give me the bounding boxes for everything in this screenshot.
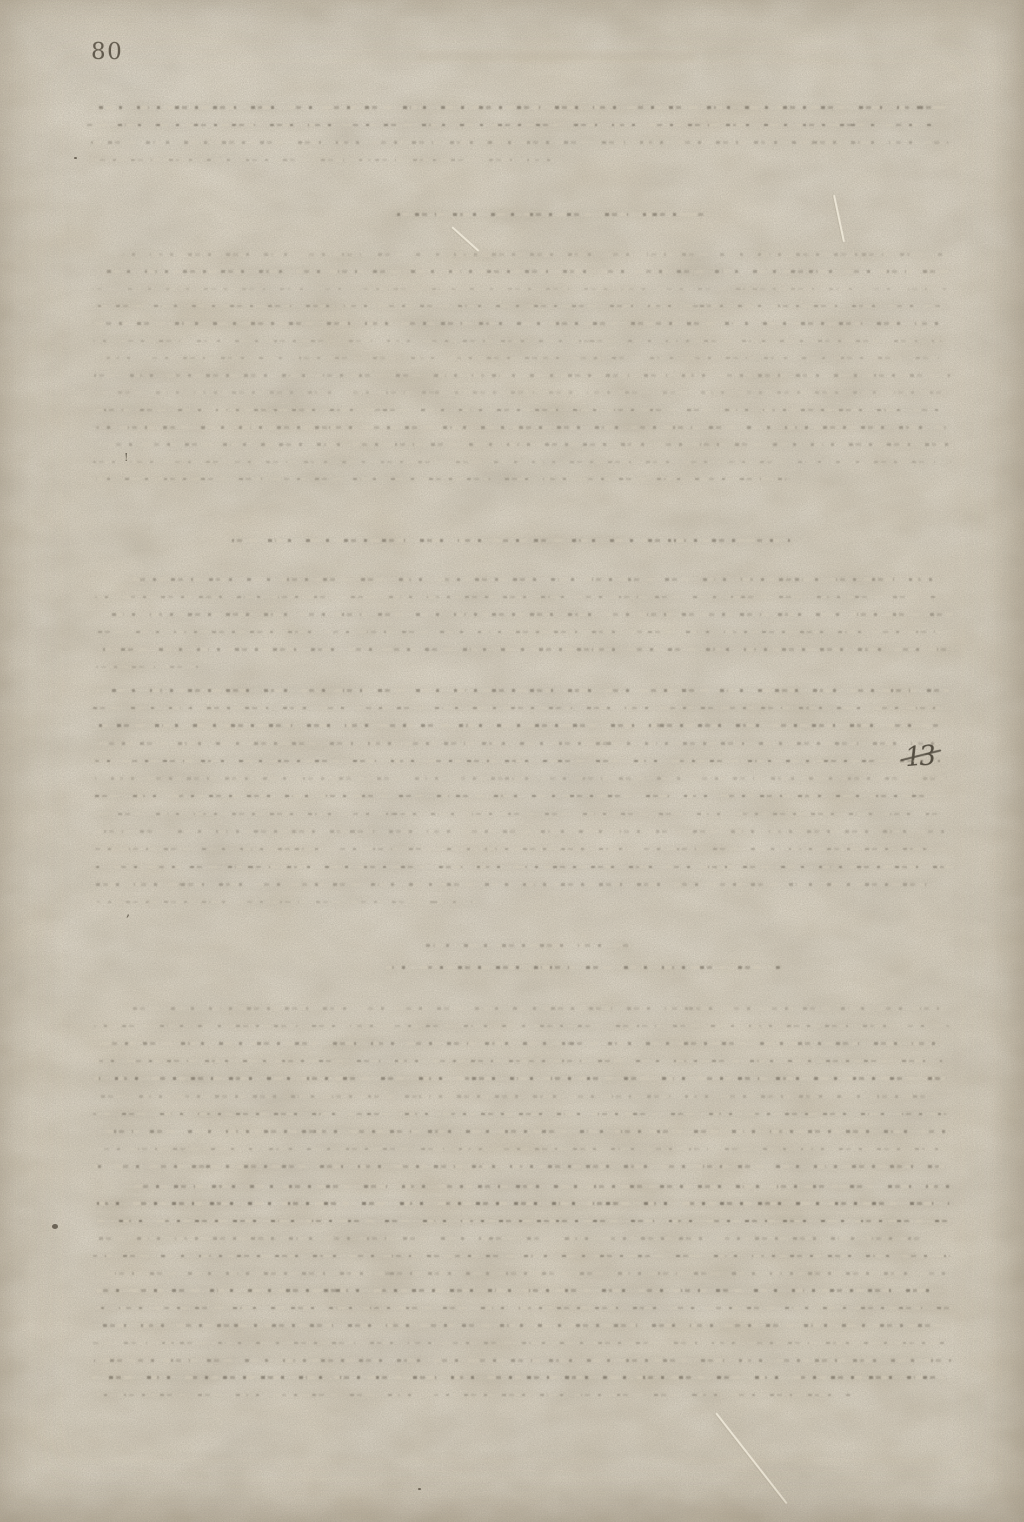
paragraph-4-line	[92, 1042, 937, 1045]
paragraph-4-line	[93, 1060, 942, 1063]
paragraph-4-line	[93, 1113, 946, 1116]
paragraph-2-line	[98, 648, 949, 651]
paper-artifact-layer	[0, 0, 1024, 1522]
margin-annotation: 13	[904, 739, 947, 776]
paragraph-5-line	[97, 1202, 949, 1205]
paragraph-1-line	[96, 305, 946, 308]
page-number: 80	[91, 39, 124, 65]
paragraph-4-line	[94, 1025, 949, 1028]
paragraph-1-line	[94, 357, 941, 360]
paragraph-3-line	[93, 795, 948, 798]
paragraph-3-line	[92, 830, 949, 833]
ink-speck	[52, 1224, 58, 1229]
paragraph-1-line	[95, 270, 949, 273]
paragraph-3-line	[93, 883, 938, 886]
paragraph-1-line	[94, 322, 948, 325]
section-heading-2-line	[232, 539, 790, 542]
paragraph-3-line	[96, 866, 953, 869]
paragraph-1-line	[97, 391, 945, 394]
paragraph-1-line	[96, 426, 945, 429]
centered-title-line-1-line	[424, 944, 629, 947]
paragraph-3-line	[92, 707, 950, 710]
paragraph-5-line	[94, 1359, 951, 1362]
paragraph-3-line	[96, 689, 949, 692]
paragraph-5-line	[92, 1376, 943, 1379]
section-heading-1-line	[397, 213, 711, 216]
paragraph-3-line	[93, 813, 939, 816]
paper-crease	[451, 226, 479, 252]
paragraph-5-line	[96, 1289, 943, 1292]
ink-marks-layer: !,	[0, 0, 1024, 1522]
header-paragraph-line	[86, 124, 932, 127]
paragraph-2-line	[97, 613, 953, 616]
paragraph-3-line	[94, 777, 944, 780]
paragraph-5-line	[96, 1307, 951, 1310]
paragraph-1-line	[123, 253, 949, 256]
paragraph-1-line	[95, 443, 949, 446]
paragraph-1-line	[96, 478, 787, 481]
scanned-page: 80 13 !,	[0, 0, 1024, 1522]
paragraph-5-line	[93, 1342, 947, 1345]
paragraph-1-line	[93, 461, 951, 464]
paragraph-4-line	[94, 1077, 945, 1080]
centered-title-line-2-line	[386, 966, 781, 969]
paragraph-5-line	[95, 1324, 948, 1327]
exclamation-mark: !	[124, 452, 128, 463]
paper-texture	[0, 0, 1024, 1522]
paragraph-5-line	[97, 1220, 950, 1223]
paragraph-4-line	[128, 1007, 950, 1010]
paragraph-4-line	[94, 1165, 945, 1168]
paragraph-3-line	[94, 901, 477, 904]
ink-speck	[418, 1488, 421, 1490]
paragraph-1-line	[94, 374, 950, 377]
paragraph-3-line	[93, 724, 940, 727]
paragraph-3-line	[93, 742, 940, 745]
header-paragraph-line	[91, 141, 949, 144]
paragraph-3-line	[93, 848, 946, 851]
header-paragraph-line	[91, 159, 563, 162]
paragraph-4-line	[98, 1130, 946, 1133]
paragraph-4-line	[95, 1095, 945, 1098]
paragraph-5-line	[92, 1237, 938, 1240]
ink-speck	[74, 157, 77, 159]
paragraph-4-line	[98, 1148, 954, 1151]
header-paragraph-line	[90, 106, 948, 109]
paragraph-5-line	[122, 1185, 949, 1188]
paragraph-2-line	[98, 631, 953, 634]
paragraph-5-line	[93, 1255, 949, 1258]
top-ghost-band-line	[417, 52, 697, 61]
paragraph-1-line	[96, 409, 947, 412]
paragraph-2-line	[126, 578, 940, 581]
paragraph-5-line	[96, 1394, 858, 1397]
paragraph-2-line	[93, 596, 939, 599]
paragraph-1-line	[93, 288, 947, 291]
paragraph-1-line	[93, 340, 943, 343]
paragraph-3-line	[93, 760, 944, 763]
paragraph-2-line	[96, 666, 199, 669]
faded-text-layer	[0, 0, 1024, 1522]
paper-crease	[715, 1412, 787, 1504]
paper-crease	[833, 195, 845, 242]
paragraph-5-line	[97, 1272, 945, 1275]
comma-mark: ,	[126, 906, 130, 919]
